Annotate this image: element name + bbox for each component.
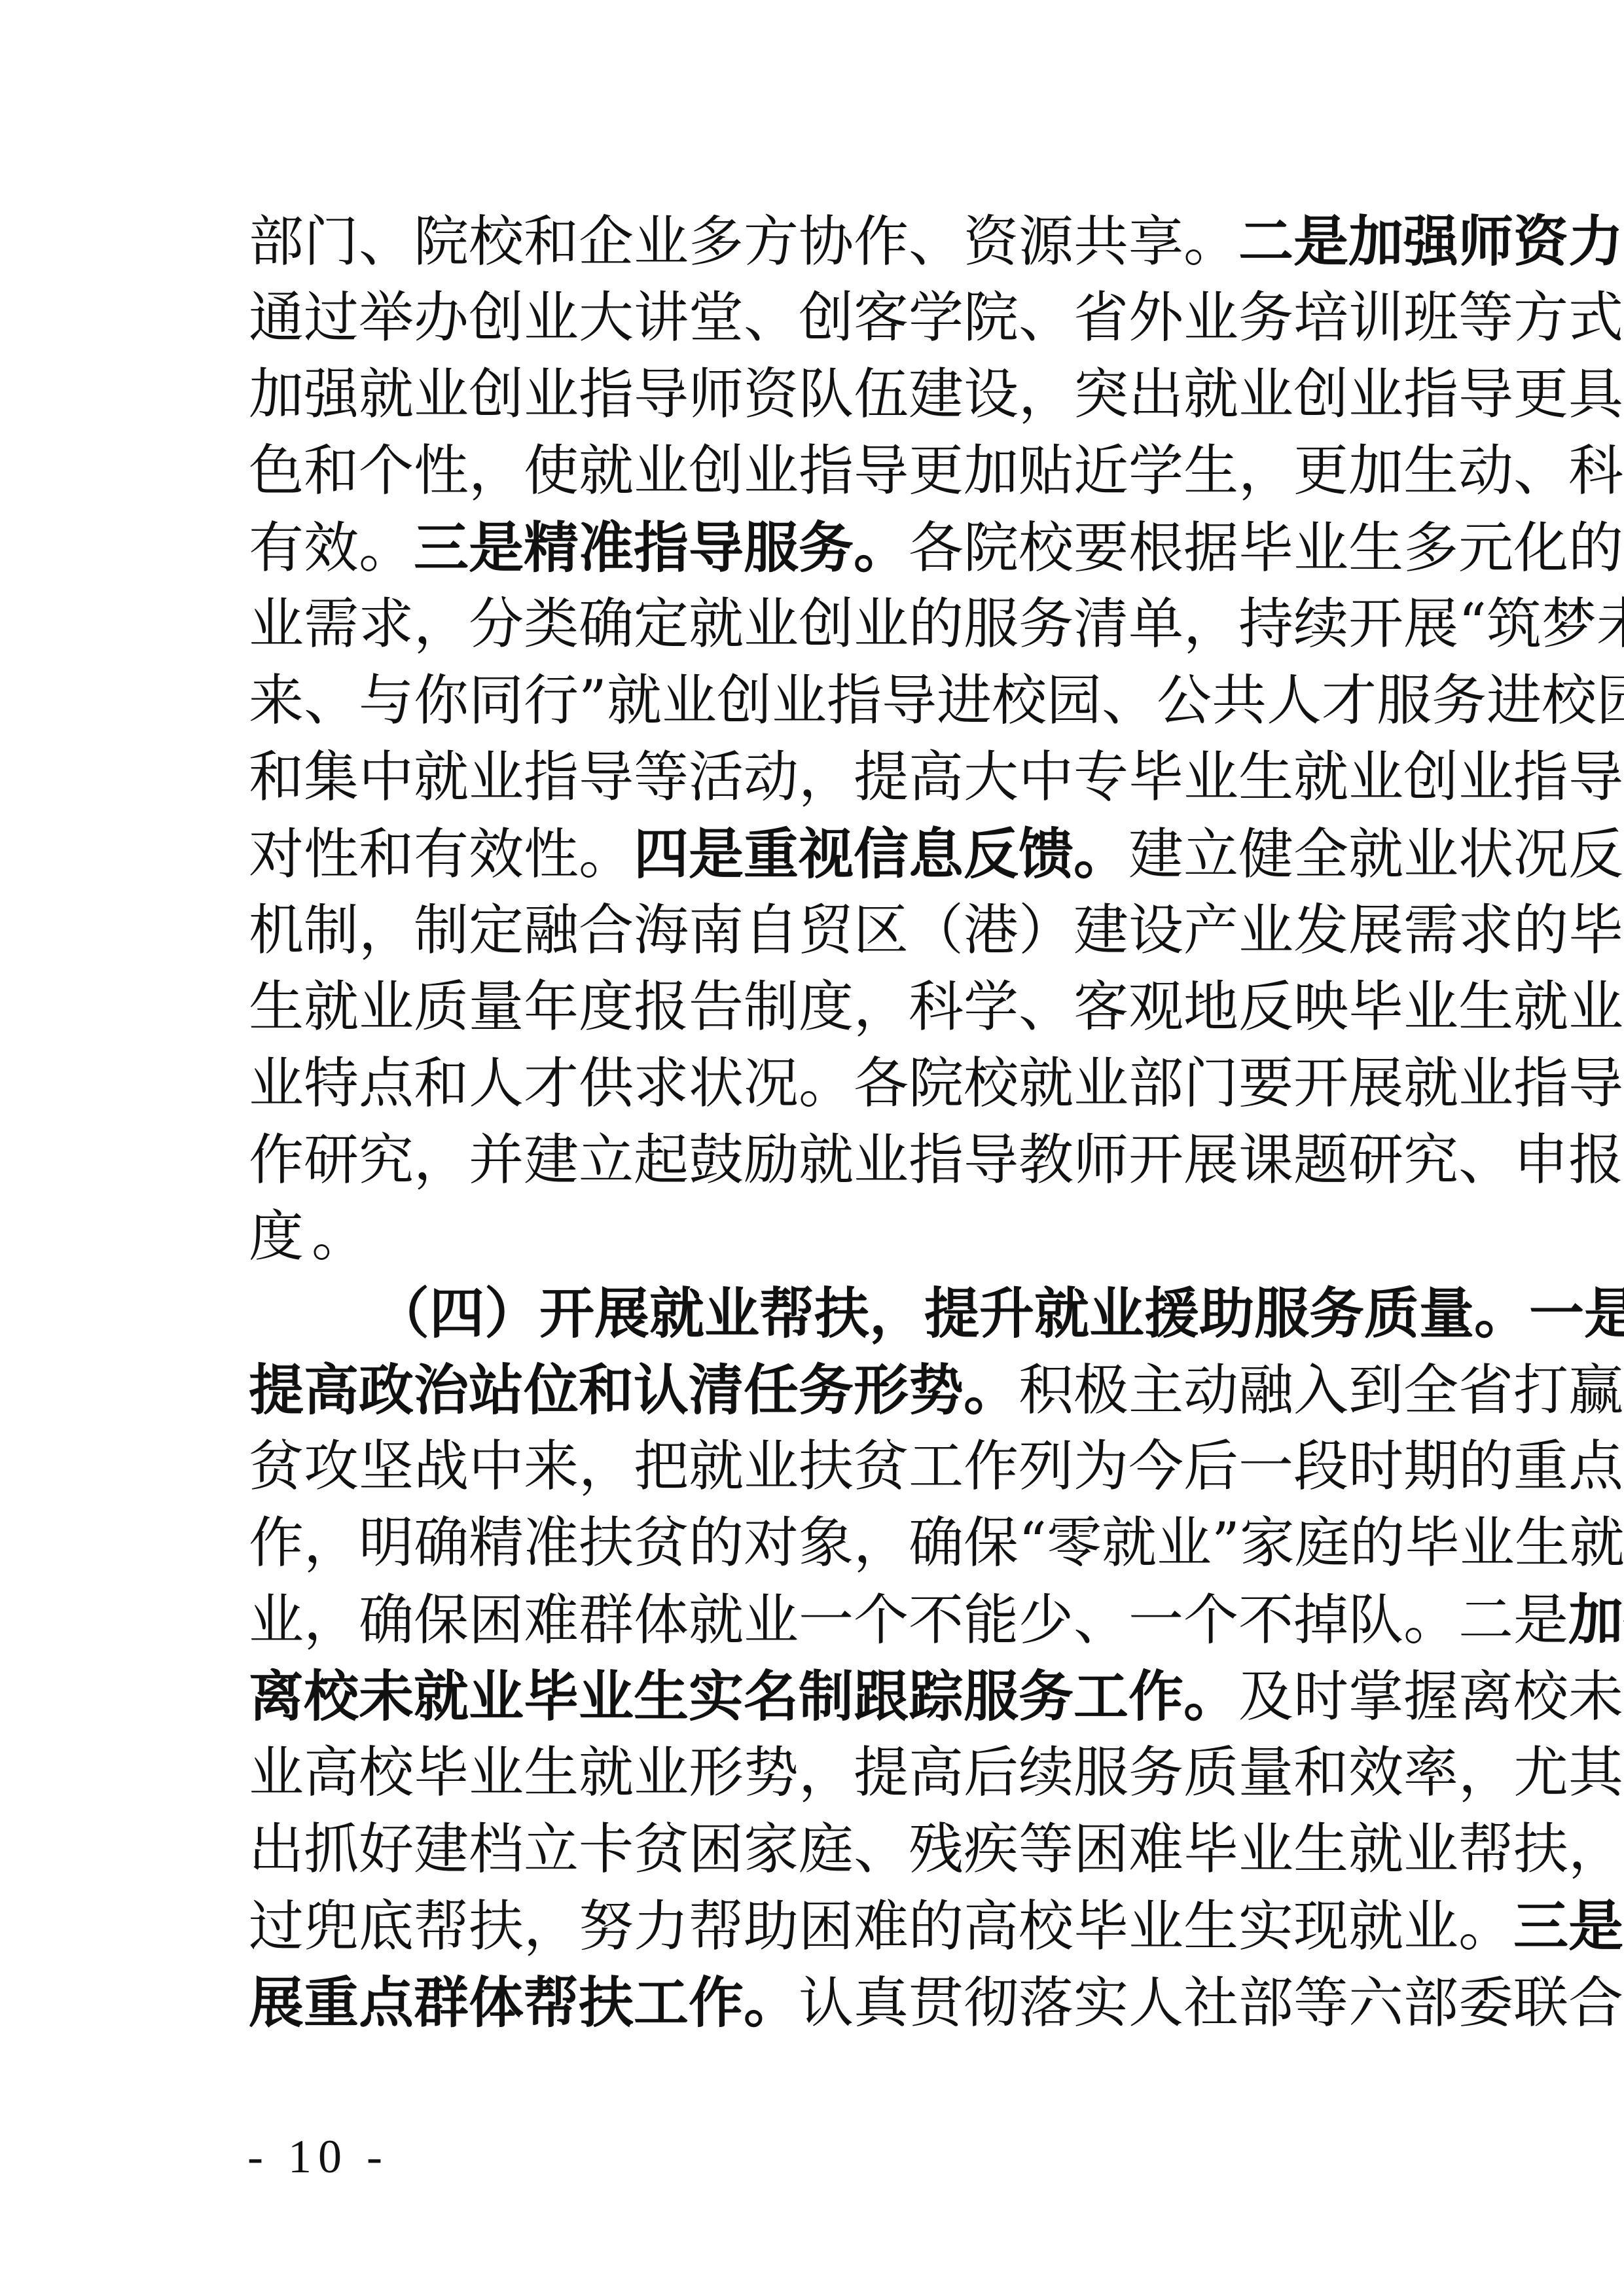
text-line: 生就业质量年度报告制度，科学、客观地反映毕业生就业创 [249,969,1381,1045]
text-line: 通过举办创业大讲堂、创客学院、省外业务培训班等方式， [249,279,1381,356]
text-line: 展重点群体帮扶工作。认真贯彻落实人社部等六部委联合下 [249,1964,1381,2041]
body-text-segment: 机制，制定融合海南自贸区（港）建设产业发展需求的毕业 [249,898,1624,962]
body-text-segment: 业特点和人才供求状况。各院校就业部门要开展就业指导工 [249,1051,1624,1115]
text-line: 业特点和人才供求状况。各院校就业部门要开展就业指导工 [249,1045,1381,1122]
text-line: 有效。三是精准指导服务。各院校要根据毕业生多元化的就 [249,509,1381,586]
text-line: 业需求，分类确定就业创业的服务清单，持续开展“筑梦未 [249,586,1381,662]
body-text-segment: 过兜底帮扶，努力帮助困难的高校毕业生实现就业。 [249,1894,1513,1958]
text-line: 出抓好建档立卡贫困家庭、残疾等困难毕业生就业帮扶，通 [249,1811,1381,1888]
body-text-segment: 作研究，并建立起鼓励就业指导教师开展课题研究、申报制 [249,1128,1624,1192]
body-text-segment: 有效。 [249,516,414,580]
body-text-segment: 业，确保困难群体就业一个不能少、一个不掉队。二是 [249,1588,1568,1652]
text-line: 部门、院校和企业多方协作、资源共享。二是加强师资力量。 [249,203,1381,279]
text-line: 色和个性，使就业创业指导更加贴近学生，更加生动、科学、 [249,433,1381,509]
body-text-segment: 部门、院校和企业多方协作、资源共享。 [249,209,1238,274]
body-text-segment: 业高校毕业生就业形势，提高后续服务质量和效率，尤其突 [249,1740,1624,1804]
body-text-segment: 认真贯彻落实人社部等六部委联合下 [799,1971,1624,2035]
text-line: 业，确保困难群体就业一个不能少、一个不掉队。二是加强 [249,1581,1381,1658]
bold-heading-text: 二是加强师资力量。 [1238,209,1624,274]
body-text-segment: 建立健全就业状况反馈 [1128,822,1624,886]
text-line: 度。 [249,1198,1381,1275]
text-line: 加强就业创业指导师资队伍建设，突出就业创业指导更具特 [249,356,1381,433]
body-text: 部门、院校和企业多方协作、资源共享。二是加强师资力量。通过举办创业大讲堂、创客学… [249,203,1381,2041]
text-line: 提高政治站位和认清任务形势。积极主动融入到全省打赢脱 [249,1352,1381,1428]
body-text-segment: 积极主动融入到全省打赢脱 [1019,1358,1624,1422]
body-text-segment: 及时掌握离校未就 [1238,1664,1624,1729]
bold-heading-text: 三是精准指导服务。 [414,515,909,580]
body-text-segment: 色和个性，使就业创业指导更加贴近学生，更加生动、科学、 [249,439,1624,503]
text-line: 机制，制定融合海南自贸区（港）建设产业发展需求的毕业 [249,892,1381,969]
text-line: 对性和有效性。四是重视信息反馈。建立健全就业状况反馈 [249,816,1381,892]
text-line: 过兜底帮扶，努力帮助困难的高校毕业生实现就业。三是开 [249,1888,1381,1964]
body-text-segment: 各院校要根据毕业生多元化的就 [909,516,1624,580]
bold-heading-text: 四是重视信息反馈。 [634,821,1128,886]
body-text-segment: 通过举办创业大讲堂、创客学院、省外业务培训班等方式， [249,285,1624,350]
bold-heading-text: 提高政治站位和认清任务形势。 [249,1357,1019,1422]
bold-heading-text: 离校未就业毕业生实名制跟踪服务工作。 [249,1664,1238,1729]
body-text-segment: 业需求，分类确定就业创业的服务清单，持续开展“筑梦未 [249,592,1624,656]
text-line: 作，明确精准扶贫的对象，确保“零就业”家庭的毕业生就 [249,1505,1381,1581]
bold-heading-text: 展重点群体帮扶工作。 [249,1970,799,2035]
text-line: 作研究，并建立起鼓励就业指导教师开展课题研究、申报制 [249,1122,1381,1198]
body-text-segment: 出抓好建档立卡贫困家庭、残疾等困难毕业生就业帮扶，通 [249,1817,1624,1881]
text-line: 和集中就业指导等活动，提高大中专毕业生就业创业指导针 [249,739,1381,816]
body-text-segment: 生就业质量年度报告制度，科学、客观地反映毕业生就业创 [249,975,1624,1039]
page-number: - 10 - [247,2127,389,2186]
body-text-segment: 对性和有效性。 [249,822,634,886]
text-line: 来、与你同行”就业创业指导进校园、公共人才服务进校园 [249,662,1381,739]
bold-heading-text: 三是开 [1513,1893,1624,1958]
body-text-segment: 加强就业创业指导师资队伍建设，突出就业创业指导更具特 [249,362,1624,426]
body-text-segment: 来、与你同行”就业创业指导进校园、公共人才服务进校园 [249,668,1624,732]
document-page: 部门、院校和企业多方协作、资源共享。二是加强师资力量。通过举办创业大讲堂、创客学… [0,0,1624,2296]
body-text-segment: 和集中就业指导等活动，提高大中专毕业生就业创业指导针 [249,745,1624,809]
text-line: 贫攻坚战中来，把就业扶贫工作列为今后一段时期的重点工 [249,1428,1381,1505]
bold-heading-text: （四）开展就业帮扶，提升就业援助服务质量。一是要 [374,1281,1624,1346]
body-text-segment: 贫攻坚战中来，把就业扶贫工作列为今后一段时期的重点工 [249,1434,1624,1498]
text-line: 业高校毕业生就业形势，提高后续服务质量和效率，尤其突 [249,1734,1381,1811]
text-line: （四）开展就业帮扶，提升就业援助服务质量。一是要 [249,1275,1381,1352]
bold-heading-text: 加强 [1568,1587,1624,1652]
text-line: 离校未就业毕业生实名制跟踪服务工作。及时掌握离校未就 [249,1658,1381,1734]
body-text-segment: 作，明确精准扶贫的对象，确保“零就业”家庭的毕业生就 [249,1511,1624,1575]
body-text-segment: 度。 [249,1204,374,1268]
